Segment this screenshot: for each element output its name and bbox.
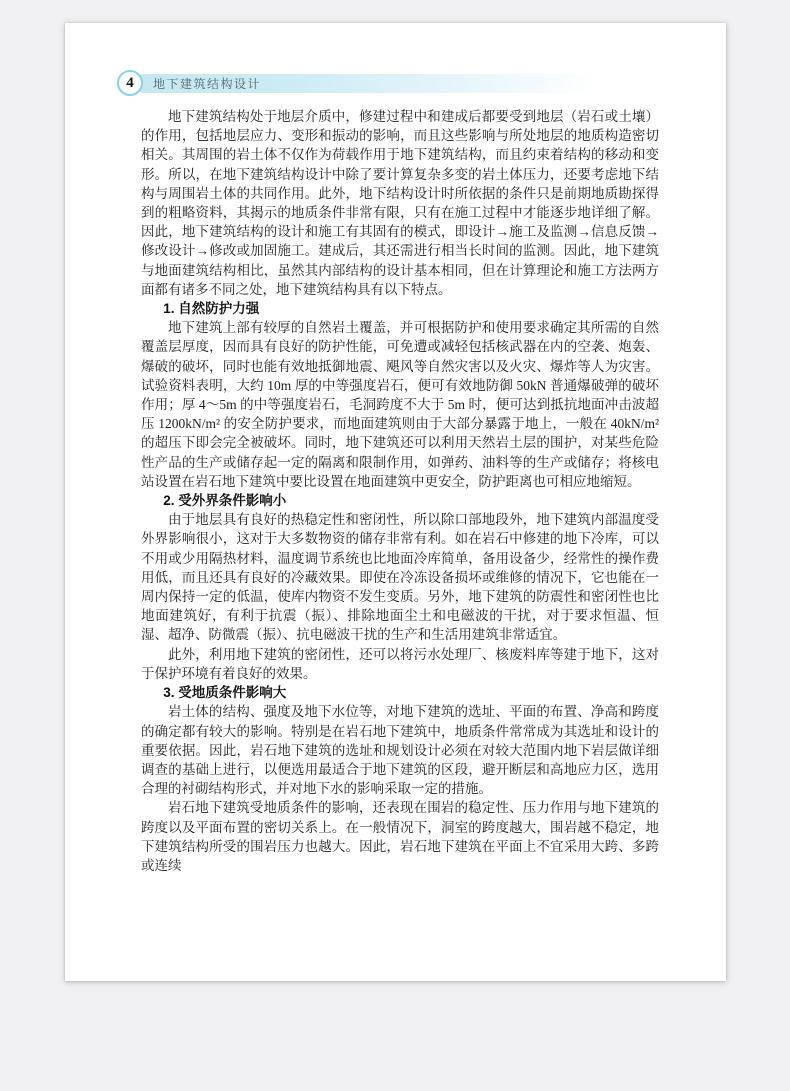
paragraph-section3b: 岩石地下建筑受地质条件的影响，还表现在围岩的稳定性、压力作用与地下建筑的跨度以及… — [141, 798, 659, 875]
page-content: 4 地下建筑结构设计 地下建筑结构处于地层介质中，修建过程中和建成后都要受到地层… — [65, 23, 726, 875]
book-page: 4 地下建筑结构设计 地下建筑结构处于地层介质中，修建过程中和建成后都要受到地层… — [65, 23, 726, 981]
page-header: 4 地下建筑结构设计 — [117, 69, 659, 97]
paragraph-section3a: 岩土体的结构、强度及地下水位等，对地下建筑的选址、平面的布置、净高和跨度的确定都… — [141, 702, 659, 798]
section-heading-2: 2. 受外界条件影响小 — [141, 491, 659, 510]
paragraph-section1: 地下建筑上部有较厚的自然岩土覆盖，并可根据防护和使用要求确定其所需的自然覆盖层厚… — [141, 318, 659, 491]
running-title: 地下建筑结构设计 — [153, 75, 261, 92]
paragraph-intro: 地下建筑结构处于地层介质中，修建过程中和建成后都要受到地层（岩石或土壤）的作用，… — [141, 107, 659, 299]
paragraph-section2b: 此外，利用地下建筑的密闭性，还可以将污水处理厂、核废料库等建于地下，这对于保护环… — [141, 645, 659, 683]
paragraph-section2a: 由于地层具有良好的热稳定性和密闭性，所以除口部地段外，地下建筑内部温度受外界影响… — [141, 510, 659, 644]
page-number: 4 — [126, 75, 134, 92]
chapter-title-bar: 地下建筑结构设计 — [134, 74, 659, 93]
section-heading-1: 1. 自然防护力强 — [141, 299, 659, 318]
page-number-badge: 4 — [117, 70, 143, 96]
section-heading-3: 3. 受地质条件影响大 — [141, 683, 659, 702]
